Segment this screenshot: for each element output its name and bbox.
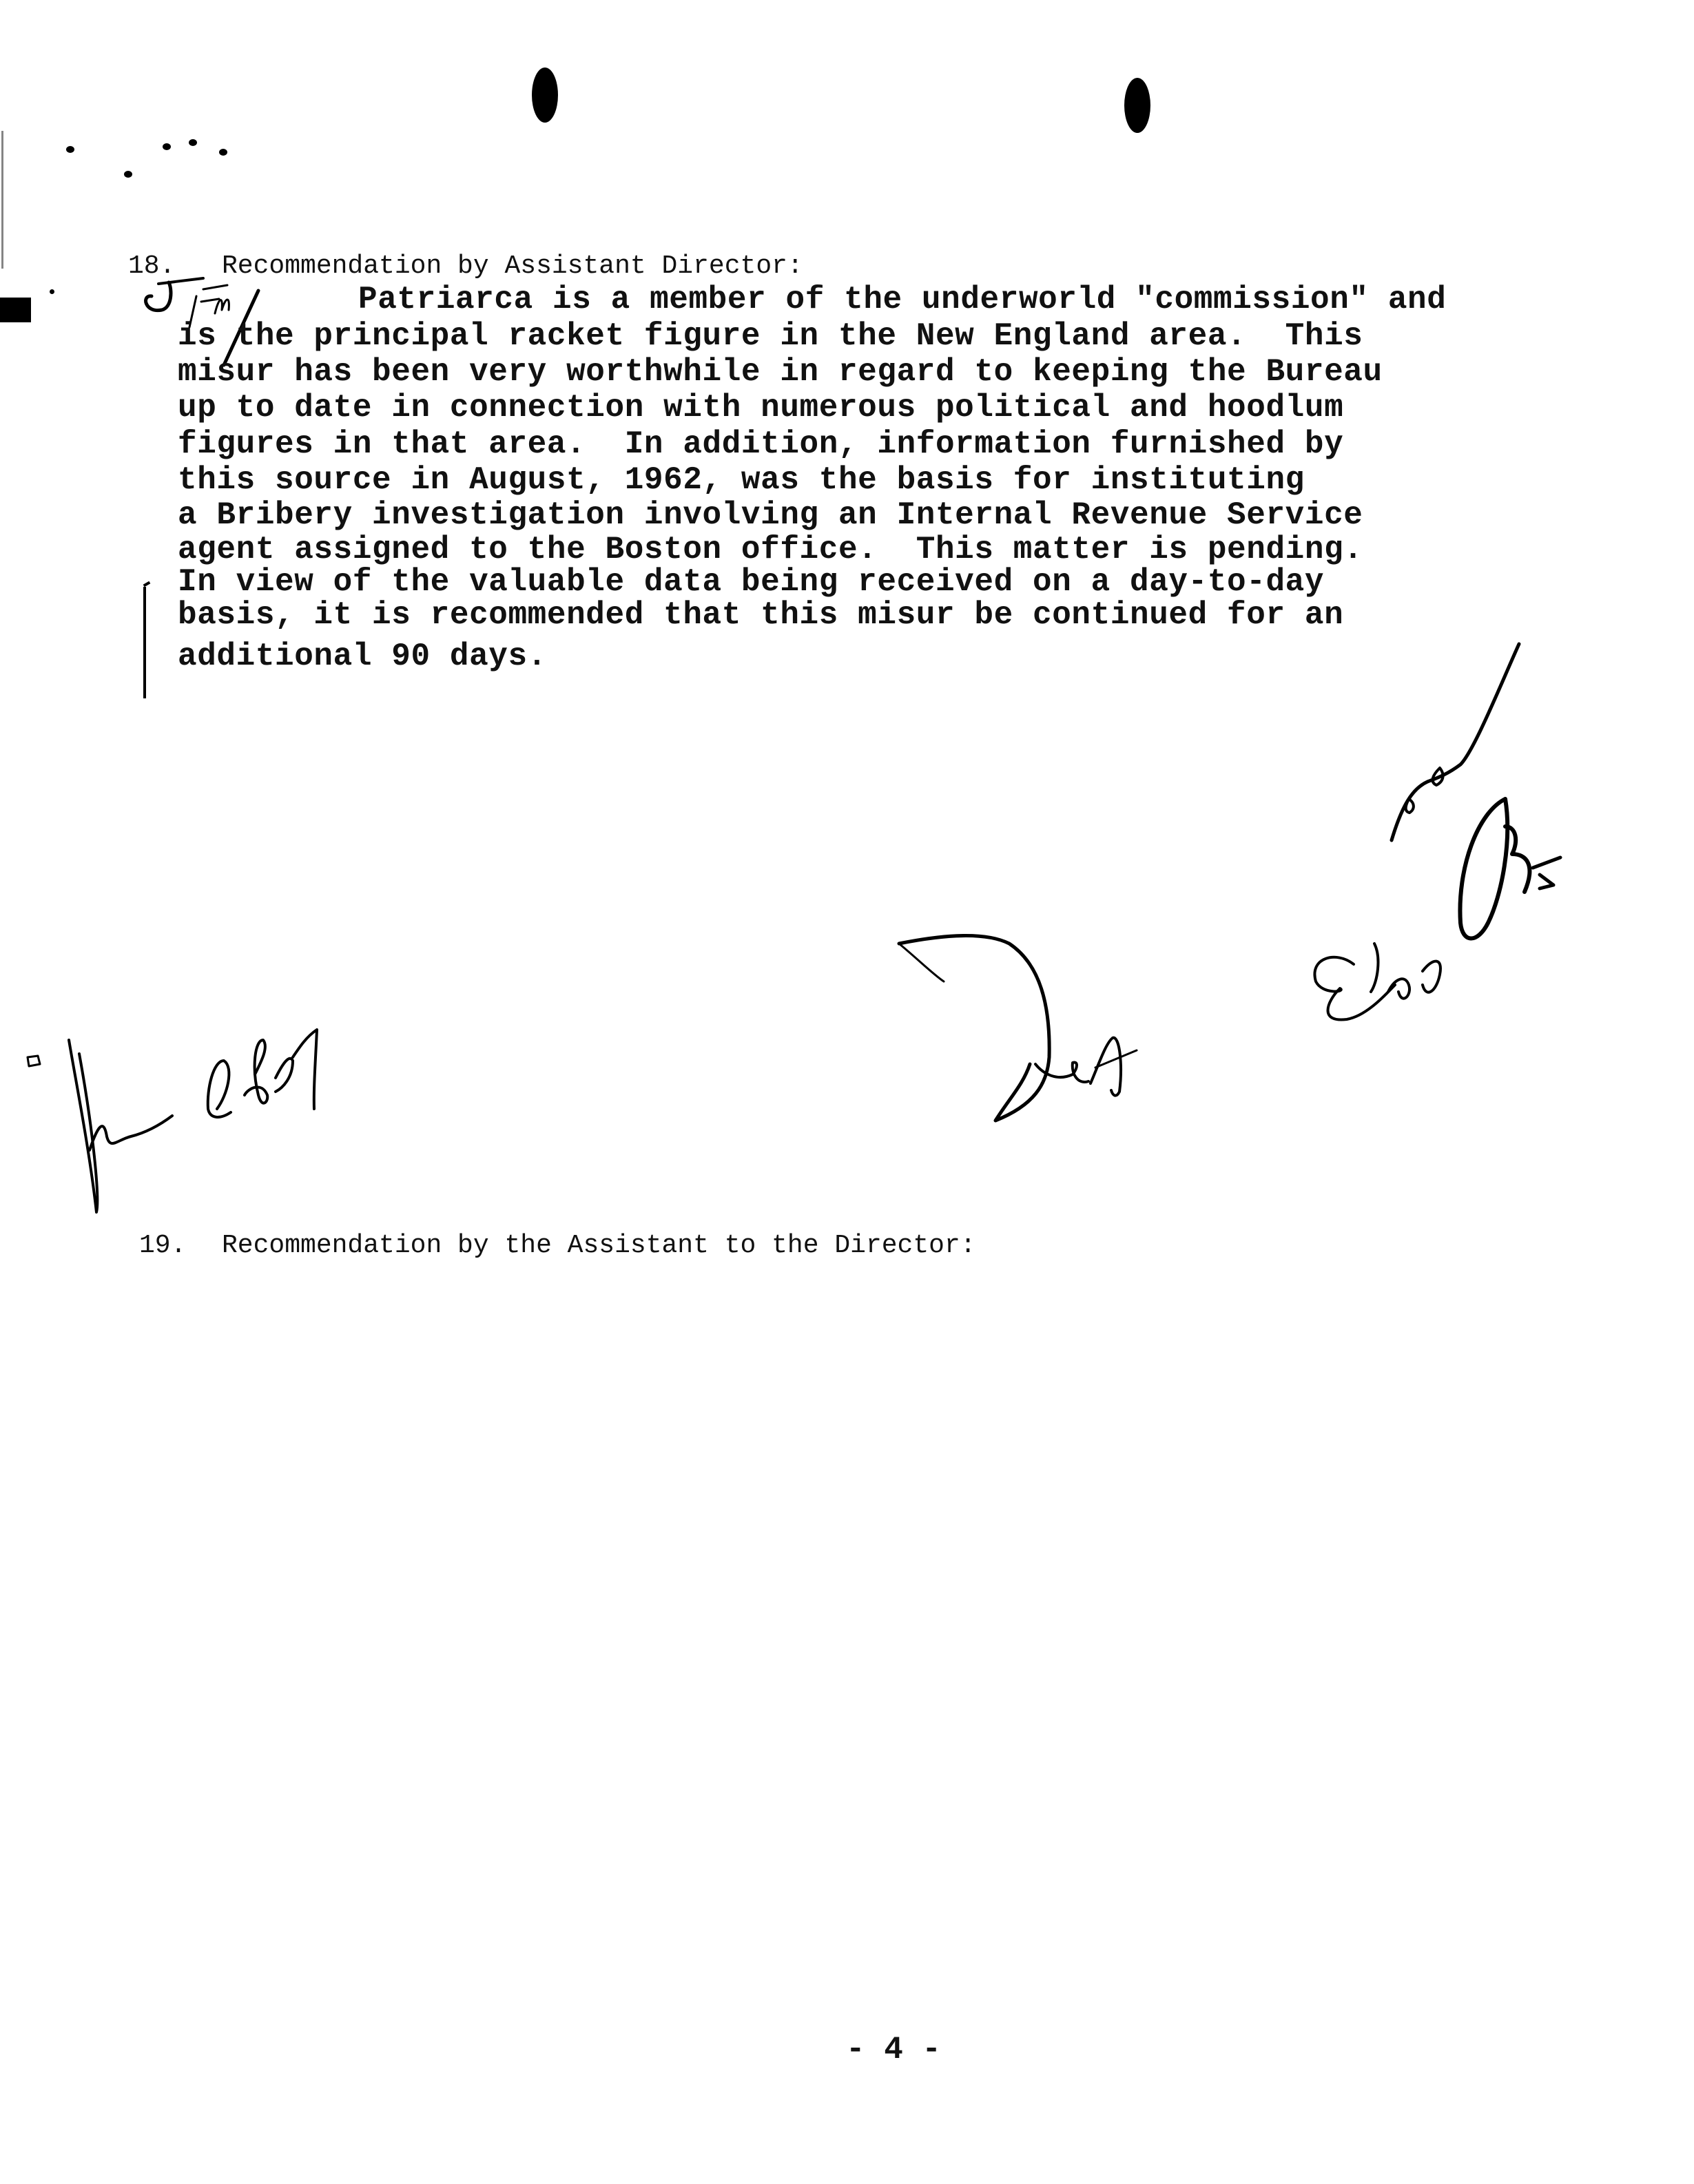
- scan-edge-artifact: [1, 131, 3, 269]
- document-page: 18. Recommendation by Assistant Director…: [0, 0, 1694, 2184]
- paragraph-line: Patriarca is a member of the underworld …: [358, 284, 1446, 315]
- paragraph-line: this source in August, 1962, was the bas…: [178, 464, 1305, 496]
- handwritten-signature-initials: [1305, 785, 1609, 1033]
- scan-speck: [124, 171, 132, 178]
- paragraph-line: figures in that area. In addition, infor…: [178, 428, 1343, 460]
- paragraph-line: agent assigned to the Boston office. Thi…: [178, 534, 1363, 565]
- section-18-heading: Recommendation by Assistant Director:: [222, 253, 803, 280]
- paragraph-line: In view of the valuable data being recei…: [178, 566, 1324, 598]
- handwritten-signature-left: [21, 1026, 379, 1226]
- paragraph-line: misur has been very worthwhile in regard…: [178, 356, 1383, 388]
- scan-speck: [163, 143, 171, 150]
- handwritten-signature-center: [892, 926, 1154, 1133]
- paragraph-line: up to date in connection with numerous p…: [178, 392, 1343, 424]
- scan-speck: [189, 139, 197, 146]
- page-number: - 4 -: [846, 2032, 941, 2068]
- scan-speck: [50, 289, 54, 294]
- scan-blot-artifact: [0, 298, 31, 322]
- section-19-heading: Recommendation by the Assistant to the D…: [222, 1233, 976, 1259]
- scan-speck: [219, 149, 227, 156]
- margin-bracket-mark: [143, 581, 151, 587]
- punch-hole: [532, 67, 558, 123]
- paragraph-line: is the principal racket figure in the Ne…: [178, 320, 1363, 352]
- punch-hole: [1124, 78, 1150, 133]
- margin-bracket-mark: [143, 587, 146, 698]
- paragraph-line: basis, it is recommended that this misur…: [178, 599, 1343, 631]
- scan-speck: [66, 146, 74, 153]
- paragraph-line: a Bribery investigation involving an Int…: [178, 499, 1363, 531]
- section-19-number: 19.: [139, 1233, 186, 1259]
- paragraph-line: additional 90 days.: [178, 641, 547, 672]
